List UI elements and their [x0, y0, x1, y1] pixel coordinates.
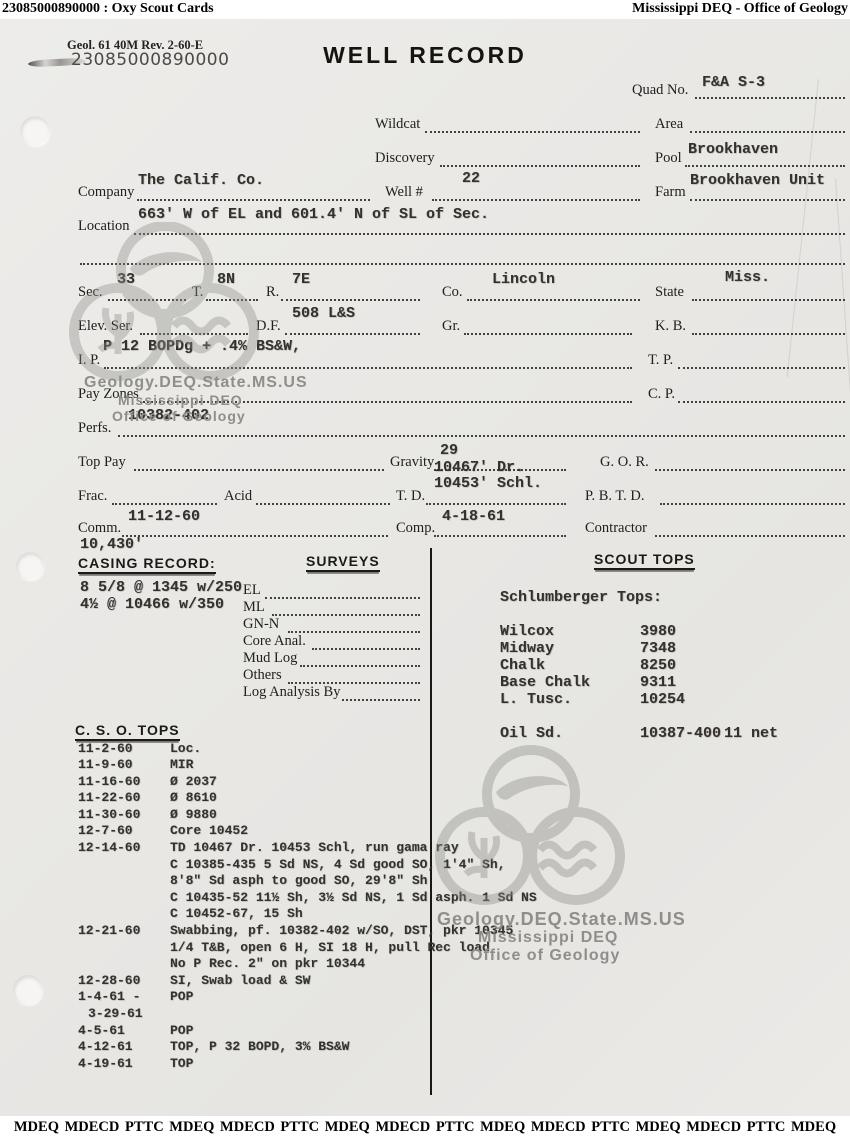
- cso-note: Ø 9880: [170, 807, 217, 822]
- total-depth-note: 10,430': [80, 536, 143, 553]
- field-td-label: T. D.: [396, 488, 425, 505]
- field-contractor-label: Contractor: [585, 520, 647, 537]
- dotted-line: [695, 97, 845, 99]
- survey-item-ml: ML: [243, 599, 265, 616]
- dotted-line: [467, 299, 640, 301]
- cso-date: 4-5-61: [78, 1023, 125, 1038]
- field-t-label: T.: [192, 284, 203, 301]
- field-gravity-label: Gravity: [390, 454, 434, 471]
- dotted-line: [434, 535, 566, 537]
- field-r-label: R.: [266, 284, 279, 301]
- cso-date: 4-12-61: [78, 1039, 133, 1054]
- scout-top-depth: 10254: [640, 691, 685, 708]
- cso-date: 1-4-61 -: [78, 989, 140, 1004]
- field-state-value: Miss.: [725, 269, 770, 286]
- dotted-line: [678, 401, 845, 403]
- dotted-line: [655, 469, 845, 471]
- cso-date: 11-16-60: [78, 774, 140, 789]
- field-ip-label: I. P.: [78, 352, 100, 369]
- cso-date: 11-2-60: [78, 741, 133, 756]
- field-td-value-dr: 10467' Dr.: [434, 459, 524, 476]
- survey-item-log-analysis: Log Analysis By: [243, 684, 340, 701]
- field-comm-value: 11-12-60: [128, 508, 200, 525]
- cso-note: TD 10467 Dr. 10453 Schl, run gama ray: [170, 840, 459, 855]
- dotted-line: [140, 401, 632, 403]
- dotted-line: [692, 333, 845, 335]
- scout-top-depth: 9311: [640, 674, 676, 691]
- cso-note: Loc.: [170, 741, 201, 756]
- cso-note: 1/4 T&B, open 6 H, SI 18 H, pull Rec loa…: [170, 940, 490, 955]
- field-company-value: The Calif. Co.: [138, 172, 264, 189]
- field-location-label: Location: [78, 218, 130, 235]
- scout-top-depth: 7348: [640, 640, 676, 657]
- cso-note: Ø 2037: [170, 774, 217, 789]
- dotted-line: [288, 631, 420, 633]
- field-perfs-value: 10382-402: [128, 407, 209, 424]
- dotted-line: [281, 299, 420, 301]
- field-ip-value: P 12 BOPDg + .4% BS&W,: [103, 338, 301, 355]
- field-elev-ser-label: Elev. Ser.: [78, 318, 133, 335]
- field-tp-label: T. P.: [648, 352, 673, 369]
- hole-punch: [14, 976, 42, 1004]
- scout-top-depth: 8250: [640, 657, 676, 674]
- field-df-label: D.F.: [256, 318, 281, 335]
- field-comm-label: Comm.: [78, 520, 121, 537]
- field-r-value: 7E: [292, 271, 310, 288]
- cso-note: POP: [170, 989, 193, 1004]
- dotted-line: [678, 367, 845, 369]
- dotted-line: [80, 263, 845, 265]
- dotted-line: [312, 648, 420, 650]
- cso-date: 11-22-60: [78, 790, 140, 805]
- scout-top-name: Base Chalk: [500, 674, 590, 691]
- dotted-line: [432, 199, 640, 201]
- cso-date: 12-7-60: [78, 823, 133, 838]
- hole-punch: [21, 117, 49, 145]
- field-quad-no-value: F&A S-3: [702, 74, 765, 91]
- section-divider-line: [430, 548, 432, 1095]
- casing-record-title: CASING RECORD:: [78, 555, 216, 574]
- dotted-line: [692, 299, 845, 301]
- field-gor-label: G. O. R.: [600, 454, 649, 471]
- paper-scan: Geol. 61 40M Rev. 2-60-E 23085000890000 …: [0, 19, 850, 1116]
- dotted-line: [122, 535, 388, 537]
- dotted-line: [272, 614, 420, 616]
- cso-note: Swabbing, pf. 10382-402 w/SO, DST, pkr 1…: [170, 923, 513, 938]
- field-gravity-value: 29: [440, 442, 458, 459]
- dotted-line: [690, 199, 845, 201]
- cso-date: 3-29-61: [88, 1006, 143, 1021]
- cso-date: 11-30-60: [78, 807, 140, 822]
- surveys-title: SURVEYS: [306, 553, 380, 572]
- cso-date: 11-9-60: [78, 757, 133, 772]
- field-kb-label: K. B.: [655, 318, 686, 335]
- dotted-line: [342, 699, 420, 701]
- cso-note: C 10385-435 5 Sd NS, 4 Sd good SO, 1'4" …: [170, 857, 505, 872]
- viewer-agency-title: Mississippi DEQ - Office of Geology: [632, 1, 848, 17]
- dotted-line: [112, 503, 217, 505]
- dotted-line: [256, 503, 390, 505]
- field-sec-label: Sec.: [78, 284, 103, 301]
- oil-sand-name: Oil Sd.: [500, 725, 563, 742]
- scout-top-depth: 3980: [640, 623, 676, 640]
- hole-punch: [17, 553, 43, 579]
- deq-logo-watermark: [428, 741, 628, 913]
- field-co-value: Lincoln: [492, 271, 555, 288]
- dotted-line: [134, 469, 384, 471]
- oil-sand-note: 11 net: [724, 725, 778, 742]
- dotted-line: [660, 503, 845, 505]
- field-t-value: 8N: [217, 271, 235, 288]
- field-top-pay-label: Top Pay: [78, 454, 126, 471]
- field-wildcat-label: Wildcat: [375, 116, 420, 133]
- dotted-line: [118, 435, 845, 437]
- cso-date: 12-14-60: [78, 840, 140, 855]
- field-farm-label: Farm: [655, 184, 686, 201]
- dotted-line: [285, 333, 420, 335]
- cso-note: Core 10452: [170, 823, 248, 838]
- survey-item-others: Others: [243, 667, 282, 684]
- dotted-line: [140, 333, 248, 335]
- cso-note: 8'8" Sd asph to good SO, 29'8" Sh: [170, 873, 427, 888]
- field-df-value: 508 L&S: [292, 305, 355, 322]
- field-cp-label: C. P.: [648, 386, 675, 403]
- survey-item-el: EL: [243, 582, 261, 599]
- dotted-line: [425, 131, 640, 133]
- cso-date: 4-19-61: [78, 1056, 133, 1071]
- paper-crease: [835, 179, 850, 399]
- field-discovery-label: Discovery: [375, 150, 435, 167]
- field-pool-label: Pool: [655, 150, 682, 167]
- field-farm-value: Brookhaven Unit: [690, 172, 825, 189]
- field-co-label: Co.: [442, 284, 463, 301]
- viewer-document-id: 23085000890000 : Oxy Scout Cards: [2, 1, 214, 17]
- dotted-line: [655, 535, 845, 537]
- field-gr-label: Gr.: [442, 318, 460, 335]
- field-area-label: Area: [655, 116, 683, 133]
- field-pbtd-label: P. B. T. D.: [585, 488, 645, 505]
- viewer-header-bar: 23085000890000 : Oxy Scout Cards Mississ…: [0, 0, 850, 19]
- cso-note: C 10452-67, 15 Sh: [170, 906, 303, 921]
- dotted-line: [134, 233, 845, 235]
- cso-date: 12-21-60: [78, 923, 140, 938]
- dotted-line: [108, 299, 186, 301]
- field-state-label: State: [655, 284, 684, 301]
- schlumberger-tops-subtitle: Schlumberger Tops:: [500, 589, 662, 606]
- scout-top-name: Chalk: [500, 657, 545, 674]
- cso-date: 12-28-60: [78, 973, 140, 988]
- cso-note: Ø 8610: [170, 790, 217, 805]
- cso-note: POP: [170, 1023, 193, 1038]
- scout-top-name: L. Tusc.: [500, 691, 572, 708]
- dotted-line: [206, 299, 258, 301]
- dotted-line: [464, 333, 632, 335]
- field-acid-label: Acid: [224, 488, 252, 505]
- viewer-footer-bar: MDEQ MDECD PTTC MDEQ MDECD PTTC MDEQ MDE…: [0, 1116, 850, 1139]
- scanned-well-record-page: 23085000890000 : Oxy Scout Cards Mississ…: [0, 0, 850, 1139]
- field-comp-value: 4-18-61: [442, 508, 505, 525]
- field-perfs-label: Perfs.: [78, 420, 111, 437]
- casing-line: 4½ @ 10466 w/350: [80, 596, 224, 613]
- field-comp-label: Comp.: [396, 520, 435, 537]
- field-quad-no-label: Quad No.: [632, 82, 688, 99]
- dotted-line: [137, 199, 370, 201]
- form-title: WELL RECORD: [0, 42, 850, 69]
- cso-note: No P Rec. 2" on pkr 10344: [170, 956, 365, 971]
- oil-sand-depth: 10387-400: [640, 725, 721, 742]
- cso-note: SI, Swab load & SW: [170, 973, 310, 988]
- scout-tops-title: SCOUT TOPS: [594, 551, 695, 570]
- field-well-no-label: Well #: [385, 184, 423, 201]
- scout-top-name: Midway: [500, 640, 554, 657]
- field-td-value-schl: 10453' Schl.: [434, 475, 542, 492]
- field-frac-label: Frac.: [78, 488, 107, 505]
- dotted-line: [300, 665, 420, 667]
- survey-item-core-anal: Core Anal.: [243, 633, 306, 650]
- dotted-line: [685, 165, 845, 167]
- cso-tops-title: C. S. O. TOPS: [75, 722, 180, 741]
- field-sec-value: 33: [117, 271, 135, 288]
- dotted-line: [440, 165, 640, 167]
- cso-note: MIR: [170, 757, 193, 772]
- field-company-label: Company: [78, 184, 134, 201]
- dotted-line: [104, 367, 632, 369]
- cso-note: TOP, P 32 BOPD, 3% BS&W: [170, 1039, 349, 1054]
- field-well-no-value: 22: [462, 170, 480, 187]
- watermark-office-text: Office of Geology: [470, 947, 620, 965]
- cso-note: C 10435-52 11½ Sh, 3½ Sd NS, 1 Sd asph. …: [170, 890, 537, 905]
- field-location-value: 663' W of EL and 601.4' N of SL of Sec.: [138, 206, 489, 223]
- survey-item-gnn: GN-N: [243, 616, 279, 633]
- dotted-line: [426, 503, 566, 505]
- dotted-line: [690, 131, 845, 133]
- field-pay-zones-label: Pay Zones: [78, 386, 139, 403]
- dotted-line: [265, 597, 420, 599]
- casing-line: 8 5/8 @ 1345 w/250: [80, 579, 242, 596]
- cso-note: TOP: [170, 1056, 193, 1071]
- scout-top-name: Wilcox: [500, 623, 554, 640]
- field-pool-value: Brookhaven: [688, 141, 778, 158]
- survey-item-mud-log: Mud Log: [243, 650, 297, 667]
